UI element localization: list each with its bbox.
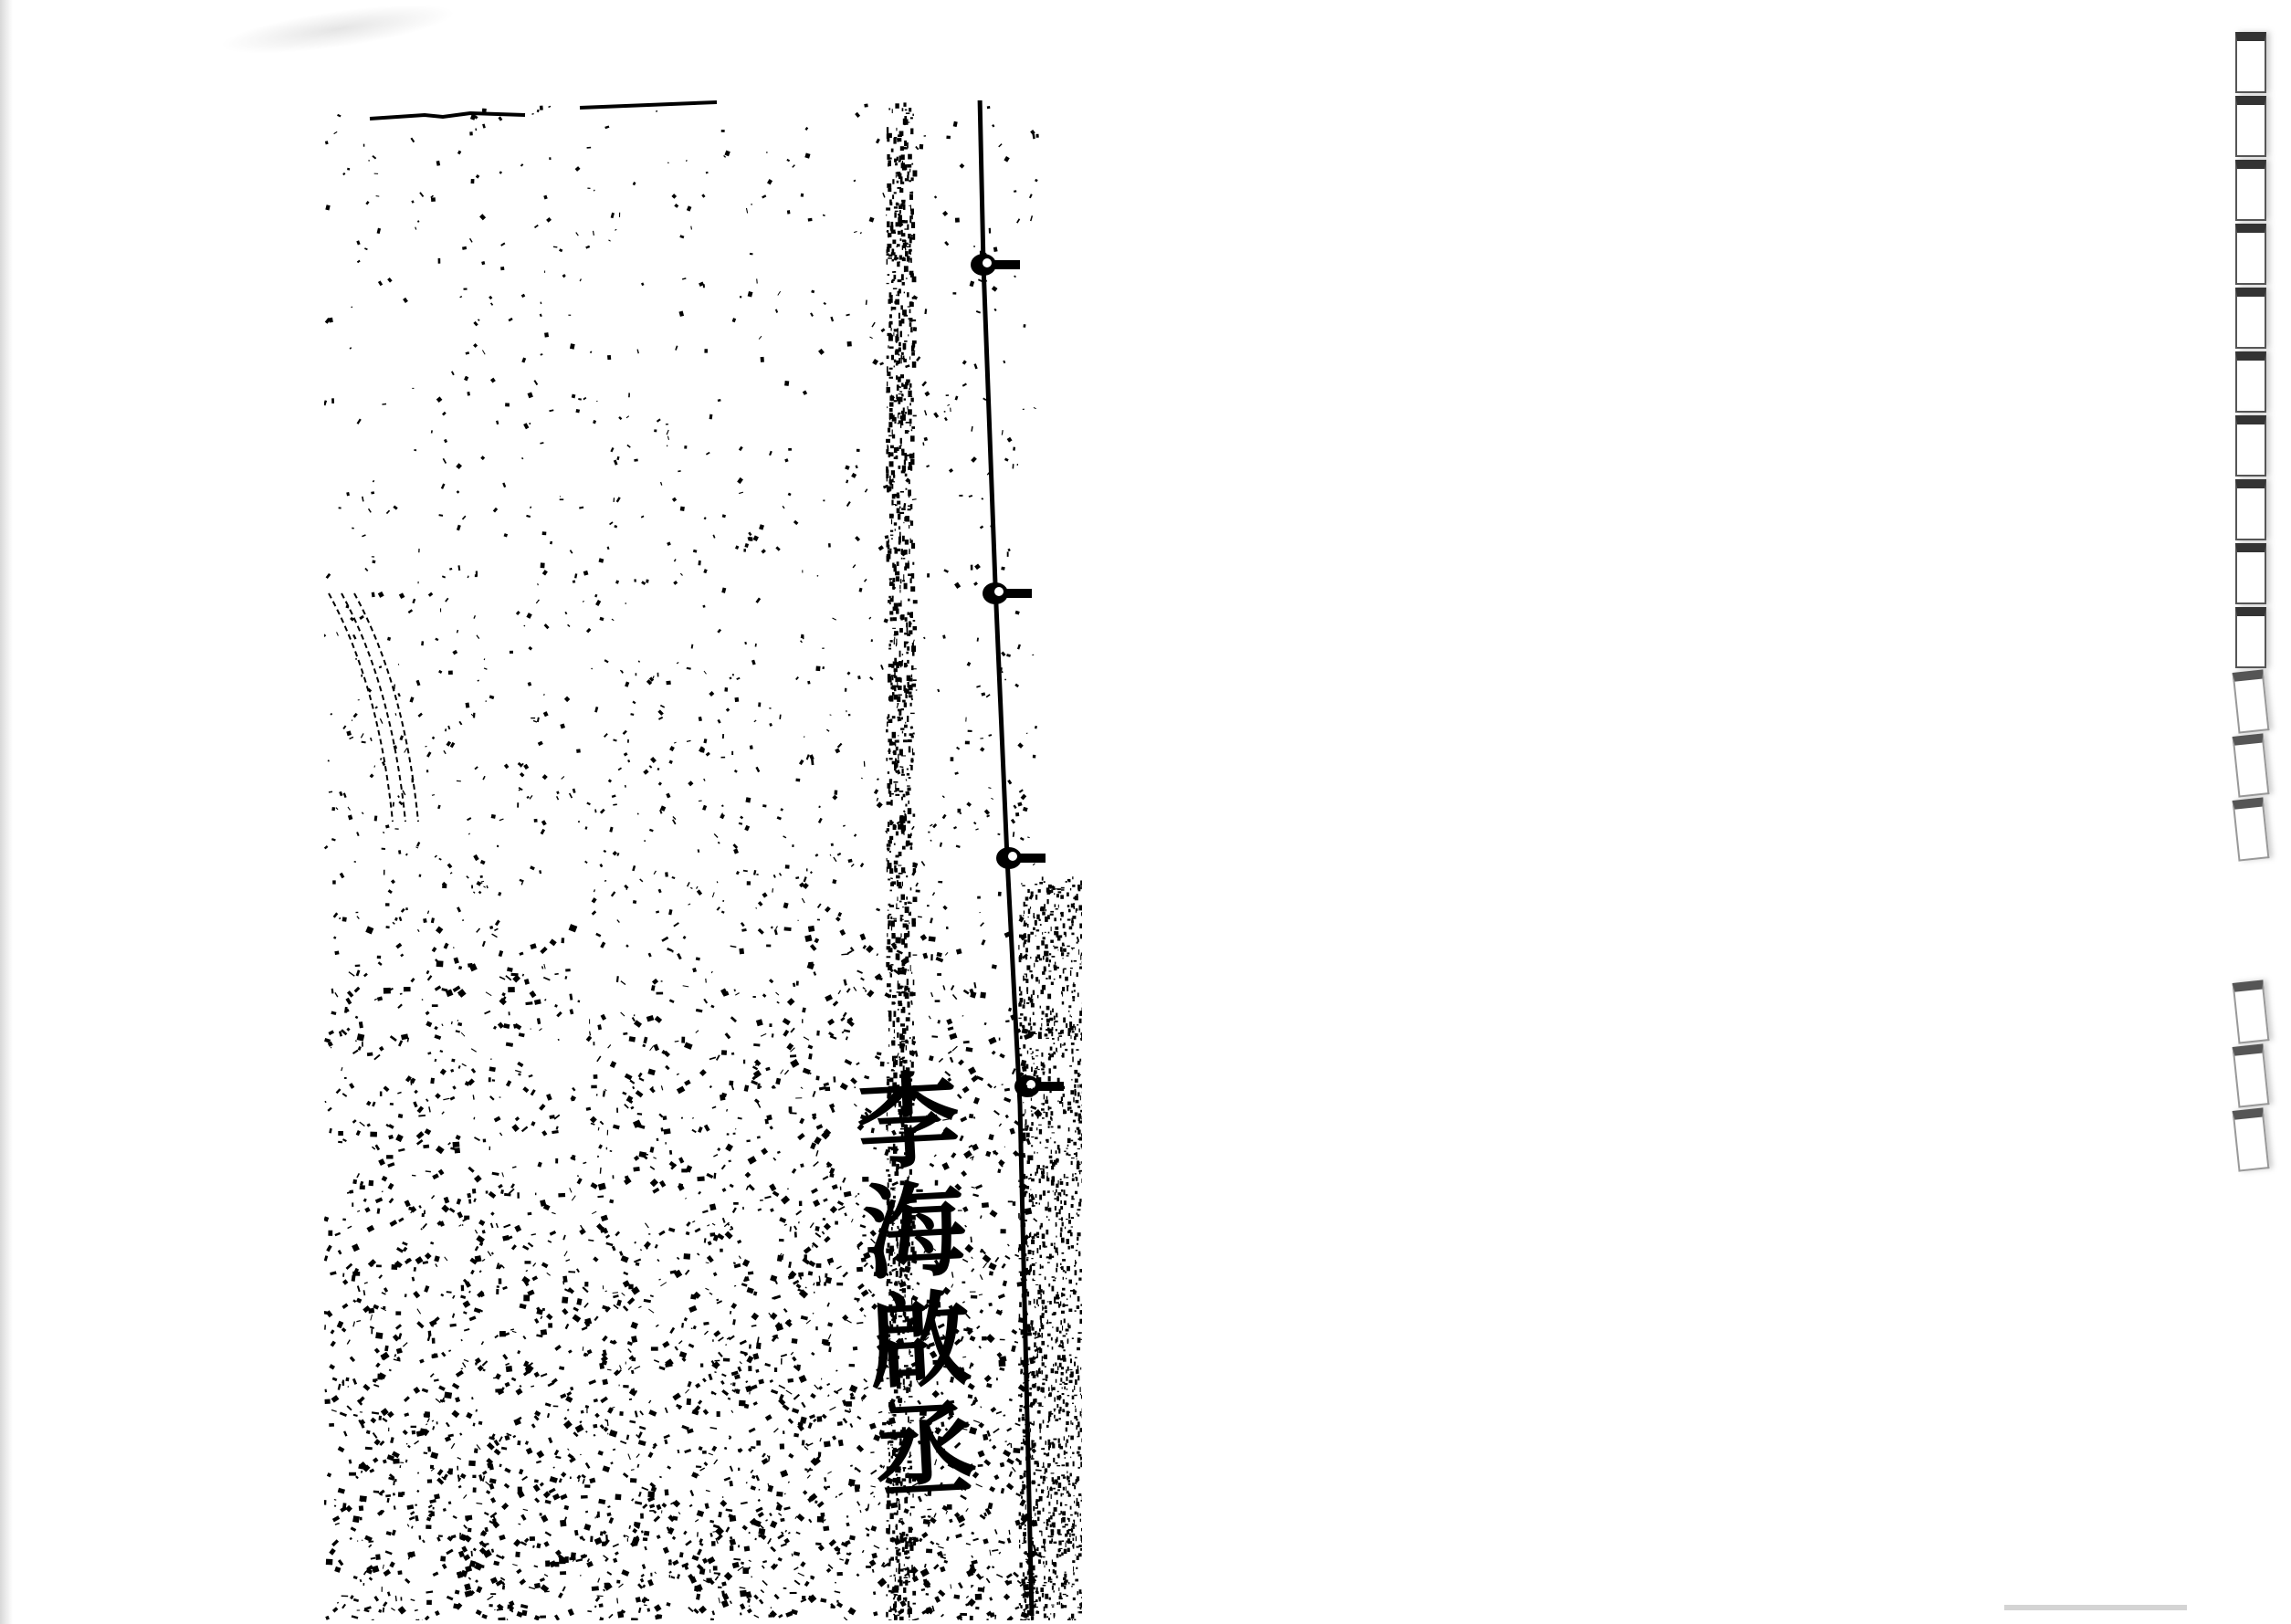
top-smudge: [217, 0, 457, 64]
page-left-edge-shadow: [0, 0, 13, 1624]
index-tab: [2233, 1043, 2270, 1107]
index-tab: [2233, 1107, 2270, 1171]
book-cover: 李海啟丞: [324, 100, 1082, 1620]
bottom-smudge: [2004, 1605, 2187, 1610]
index-tab: [2235, 351, 2266, 413]
index-tab: [2235, 224, 2266, 285]
index-tabs: [2228, 14, 2287, 1566]
index-tab: [2233, 669, 2270, 733]
index-tab: [2235, 160, 2266, 221]
index-tab: [2235, 96, 2266, 157]
index-tab: [2235, 415, 2266, 477]
index-tab: [2235, 479, 2266, 540]
cover-title: 李海啟丞: [838, 1065, 980, 1509]
index-tab: [2235, 607, 2266, 668]
index-tab: [2235, 32, 2266, 93]
index-tab: [2235, 543, 2266, 604]
index-tab: [2233, 797, 2270, 861]
index-tab: [2235, 288, 2266, 349]
index-tab: [2233, 980, 2270, 1043]
index-tab: [2233, 733, 2270, 797]
